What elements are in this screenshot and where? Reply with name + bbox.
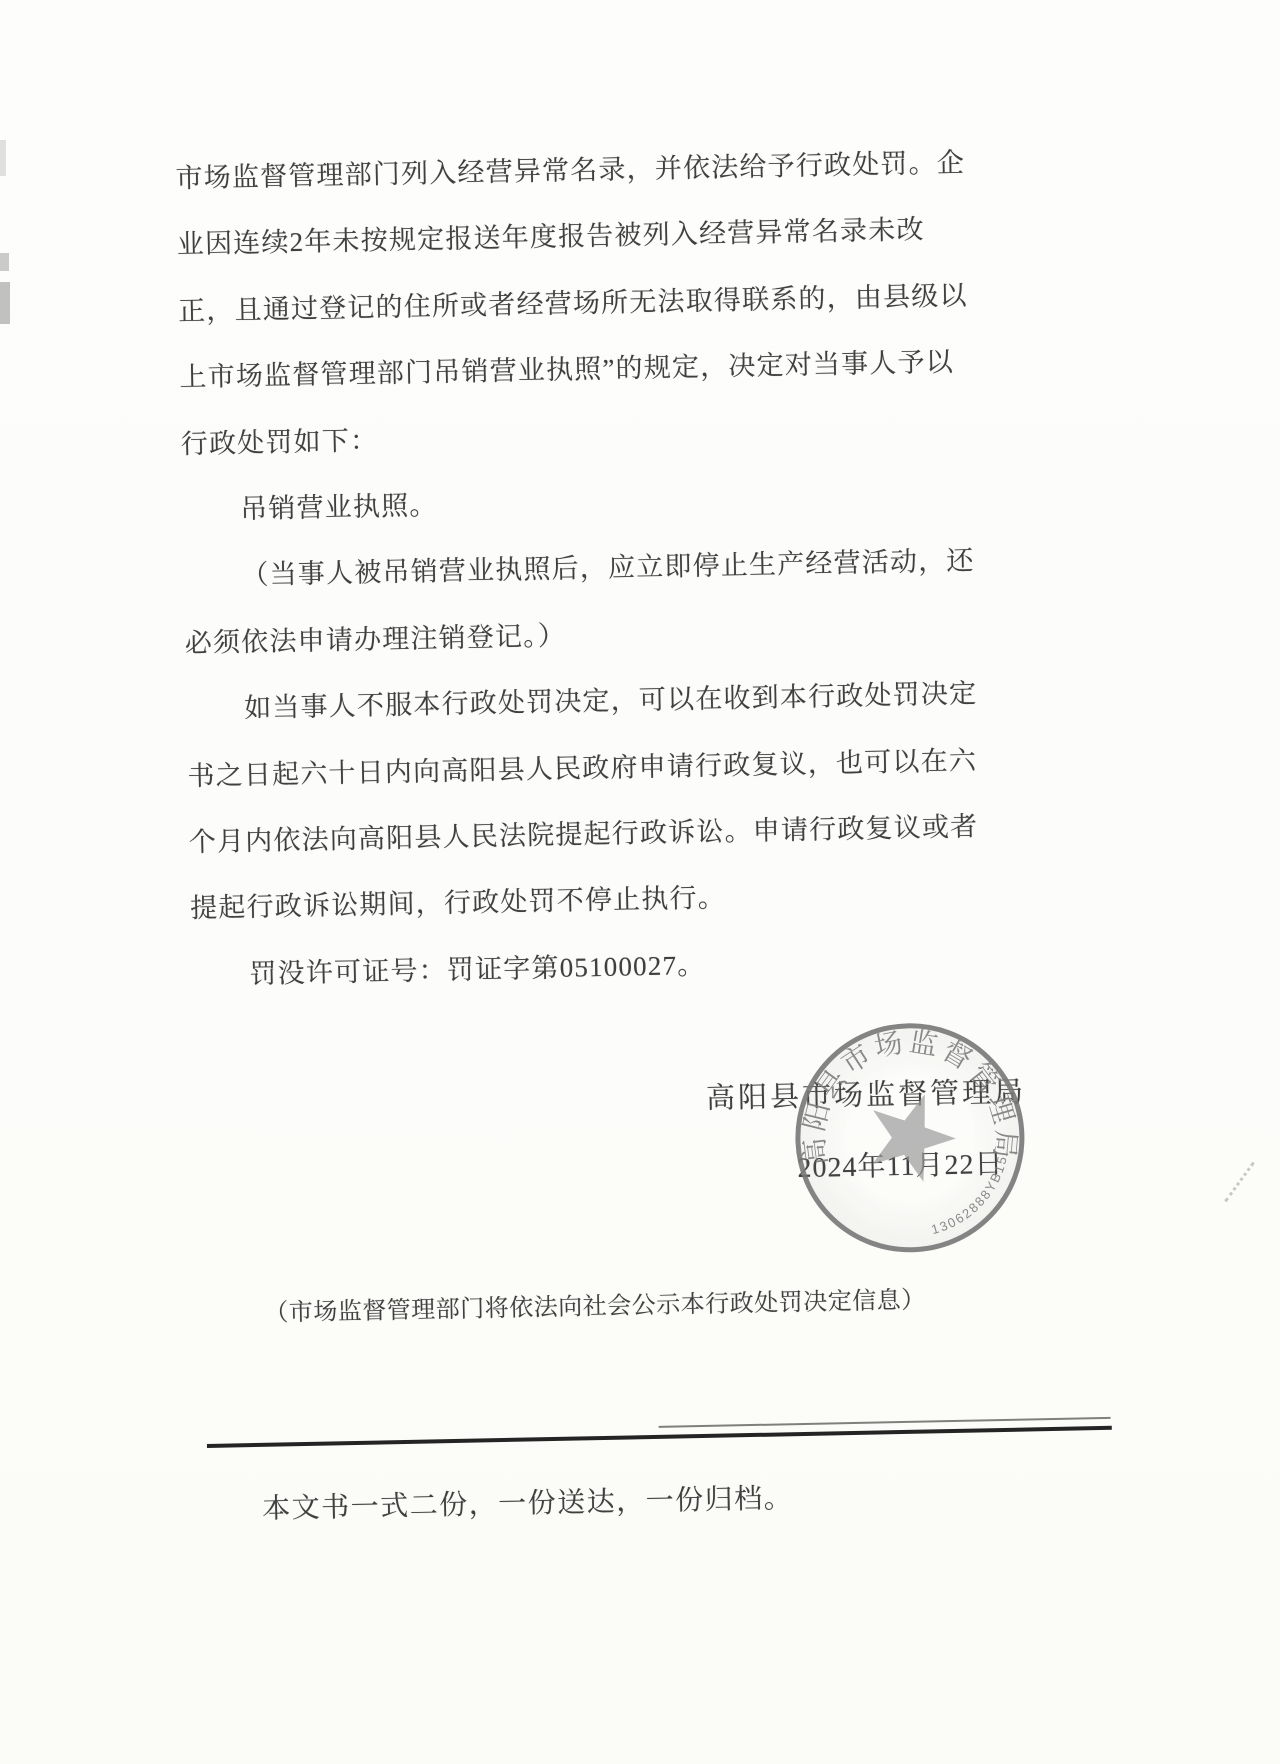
public-disclosure-note: （市场监督管理部门将依法向社会公示本行政处罚决定信息） bbox=[264, 1280, 926, 1328]
footer-divider bbox=[207, 1426, 1112, 1448]
copies-footnote: 本文书一式二份，一份送达，一份归档。 bbox=[262, 1476, 794, 1527]
document-content: 市场监督管理部门列入经营异常名录，并依法给予行政处罚。企业因连续2年未按规定报送… bbox=[0, 0, 1280, 1764]
document-page: 市场监督管理部门列入经营异常名录，并依法给予行政处罚。企业因连续2年未按规定报送… bbox=[0, 0, 1280, 1764]
official-seal-stamp: 高阳县市场监督管理局 13062888YB15 bbox=[777, 1005, 1042, 1270]
body-text: 市场监督管理部门列入经营异常名录，并依法给予行政处罚。企业因连续2年未按规定报送… bbox=[175, 128, 1032, 1008]
